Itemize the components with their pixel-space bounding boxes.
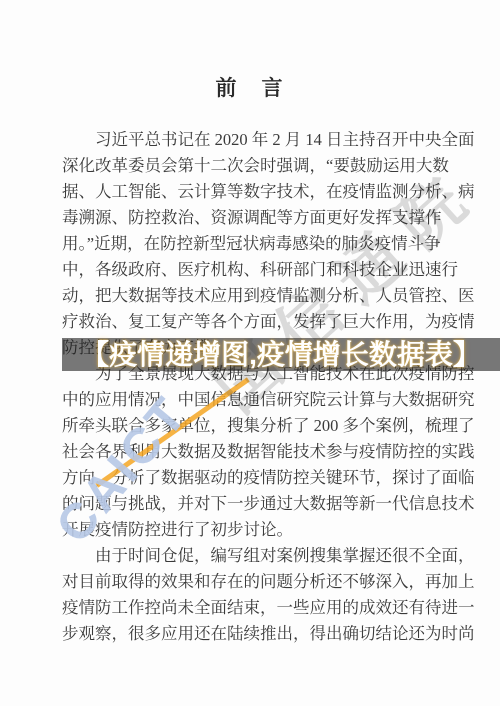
body-line: 社会各界利用大数据及数据智能技术参与疫情防控的实践 — [62, 439, 442, 465]
body-line: 由于时间仓促，编写组对案例搜集掌握还很不全面， — [62, 543, 442, 569]
body-line: 所牵头联合多家单位，搜集分析了 200 多个案例，梳理了 — [62, 413, 442, 439]
body-line: 动，把大数据等技术应用到疫情监测分析、人员管控、医 — [62, 283, 442, 309]
body-line: 习近平总书记在 2020 年 2 月 14 日主持召开中央全面 — [62, 127, 442, 153]
body-line: 对目前取得的效果和存在的问题分析还不够深入，再加上 — [62, 569, 442, 595]
body-line: 据、人工智能、云计算等数字技术，在疫情监测分析、病 — [62, 179, 442, 205]
body-line: 的问题与挑战，并对下一步通过大数据等新一代信息技术 — [62, 491, 442, 517]
body-line: 用。”近期，在防控新型冠状病毒感染的肺炎疫情斗争 — [62, 231, 442, 257]
body-line: 疫情防工作控尚未全面结束，一些应用的成效还有待进一 — [62, 595, 442, 621]
ad-overlay-label: 【疫情递增图,疫情增长数据表】 — [62, 336, 500, 373]
body-line: 方向，分析了数据驱动的疫情防控关键环节，探讨了面临 — [62, 465, 442, 491]
document-body: 习近平总书记在 2020 年 2 月 14 日主持召开中央全面深化改革委员会第十… — [62, 127, 442, 647]
body-line: 中的应用情况，中国信息通信研究院云计算与大数据研究 — [62, 387, 442, 413]
body-line: 深化改革委员会第十二次会时强调，“要鼓励运用大数 — [62, 153, 442, 179]
ad-overlay-band: 【疫情递增图,疫情增长数据表】 — [62, 338, 500, 371]
body-line: 疗救治、复工复产等各个方面，发挥了巨大作用，为疫情 — [62, 309, 442, 335]
body-line: 毒溯源、防控救治、资源调配等方面更好发挥支撑作 — [62, 205, 442, 231]
body-line: 步观察，很多应用还在陆续推出，得出确切结论还为时尚 — [62, 621, 442, 647]
body-line: 中，各级政府、医疗机构、科研部门和科技企业迅速行 — [62, 257, 442, 283]
body-line: 开展疫情防控进行了初步讨论。 — [62, 517, 442, 543]
page-title: 前 言 — [0, 72, 500, 102]
